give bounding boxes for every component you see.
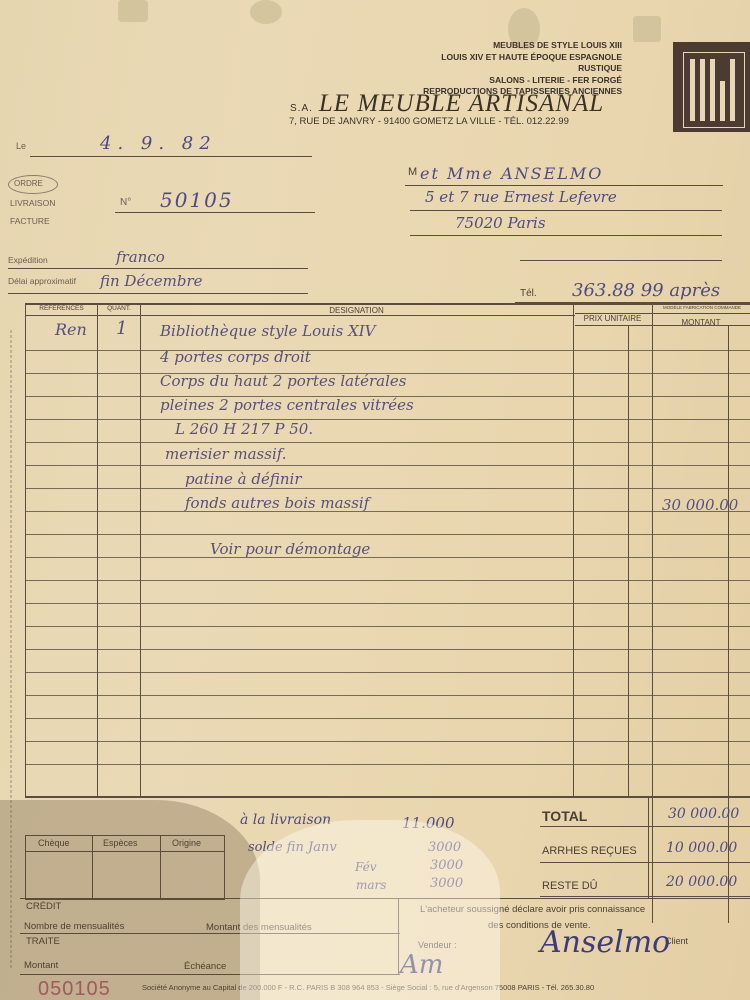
total-value[interactable]: 30 000.00 [668,806,739,822]
doc-type-facture[interactable]: FACTURE [10,216,50,226]
binder-hole [250,0,282,24]
company-name-text: LE MEUBLE ARTISANAL [319,90,604,117]
designation-line[interactable]: patine à définir [185,470,302,488]
doc-type-ordre[interactable]: ORDRE [14,179,43,188]
deposit-value[interactable]: 10 000.00 [666,840,737,856]
company-name: S.A.LE MEUBLE ARTISANAL [290,90,604,118]
expedition-label: Expédition [8,255,48,265]
service-line: MEUBLES DE STYLE LOUIS XIII [423,40,622,52]
designation-line[interactable]: Voir pour démontage [210,540,370,558]
row-quantity[interactable]: 1 [116,318,127,339]
delay-label: Délai approximatif [8,276,76,286]
service-line: SALONS - LITERIE - FER FORGÉ [423,75,622,87]
designation-line[interactable]: Bibliothèque style Louis XIV [160,322,376,340]
expedition-value[interactable]: franco [116,248,165,266]
row-amount[interactable]: 30 000.00 [662,496,738,514]
legal-form: S.A. [290,103,313,114]
number-label: N° [120,197,131,208]
designation-line[interactable]: fonds autres bois massif [185,494,369,512]
col-header-unit-price: PRIX UNITAIRE [573,314,652,323]
designation-line[interactable]: Corps du haut 2 portes latérales [160,372,406,390]
total-label: TOTAL [542,808,587,824]
deposit-label: ARRHES REÇUES [542,845,637,857]
date-value[interactable]: 4. 9. 82 [100,133,217,154]
order-number[interactable]: 50105 [160,188,234,212]
col-header-designation: DESIGNATION [140,306,573,315]
balance-label: RESTE DÛ [542,880,598,892]
designation-line[interactable]: pleines 2 portes centrales vitrées [160,396,414,414]
customer-address-1[interactable]: 5 et 7 rue Ernest Lefevre [425,188,617,206]
service-line: RUSTIQUE [423,63,622,75]
binder-hole [633,16,661,42]
customer-phone[interactable]: 363.88 99 après [572,280,720,301]
date-label: Le [16,141,26,151]
logo-frame [683,52,745,128]
col-header-references: RÉFÉRENCES [26,305,97,312]
binder-hole [118,0,148,22]
row-reference[interactable]: Ren [55,320,87,339]
col-header-amount: MONTANT [652,318,750,327]
company-address: 7, RUE DE JANVRY - 91400 GOMETZ LA VILLE… [289,116,569,127]
designation-line[interactable]: merisier massif. [165,445,287,463]
customer-prefix: M [408,166,417,178]
tel-label: Tél. [520,288,537,299]
delay-value[interactable]: fin Décembre [100,272,203,290]
col-header-amount-sub: MODÈLE FABRICATION COMMANDE [654,305,750,310]
designation-line[interactable]: L 260 H 217 P 50. [175,420,313,438]
col-header-quantity: QUANT. [98,305,140,312]
customer-address-2[interactable]: 75020 Paris [455,214,546,232]
balance-value[interactable]: 20 000.00 [666,874,737,890]
client-signature[interactable]: Anselmo [540,925,670,960]
company-logo [673,42,750,132]
designation-line[interactable]: 4 portes corps droit [160,348,311,366]
hand-shadow [0,800,260,1000]
light-glare [240,820,500,1000]
service-line: LOUIS XIV ET HAUTE ÉPOQUE ESPAGNOLE [423,52,622,64]
customer-name[interactable]: et Mme ANSELMO [420,164,603,183]
doc-type-livraison[interactable]: LIVRAISON [10,198,55,208]
